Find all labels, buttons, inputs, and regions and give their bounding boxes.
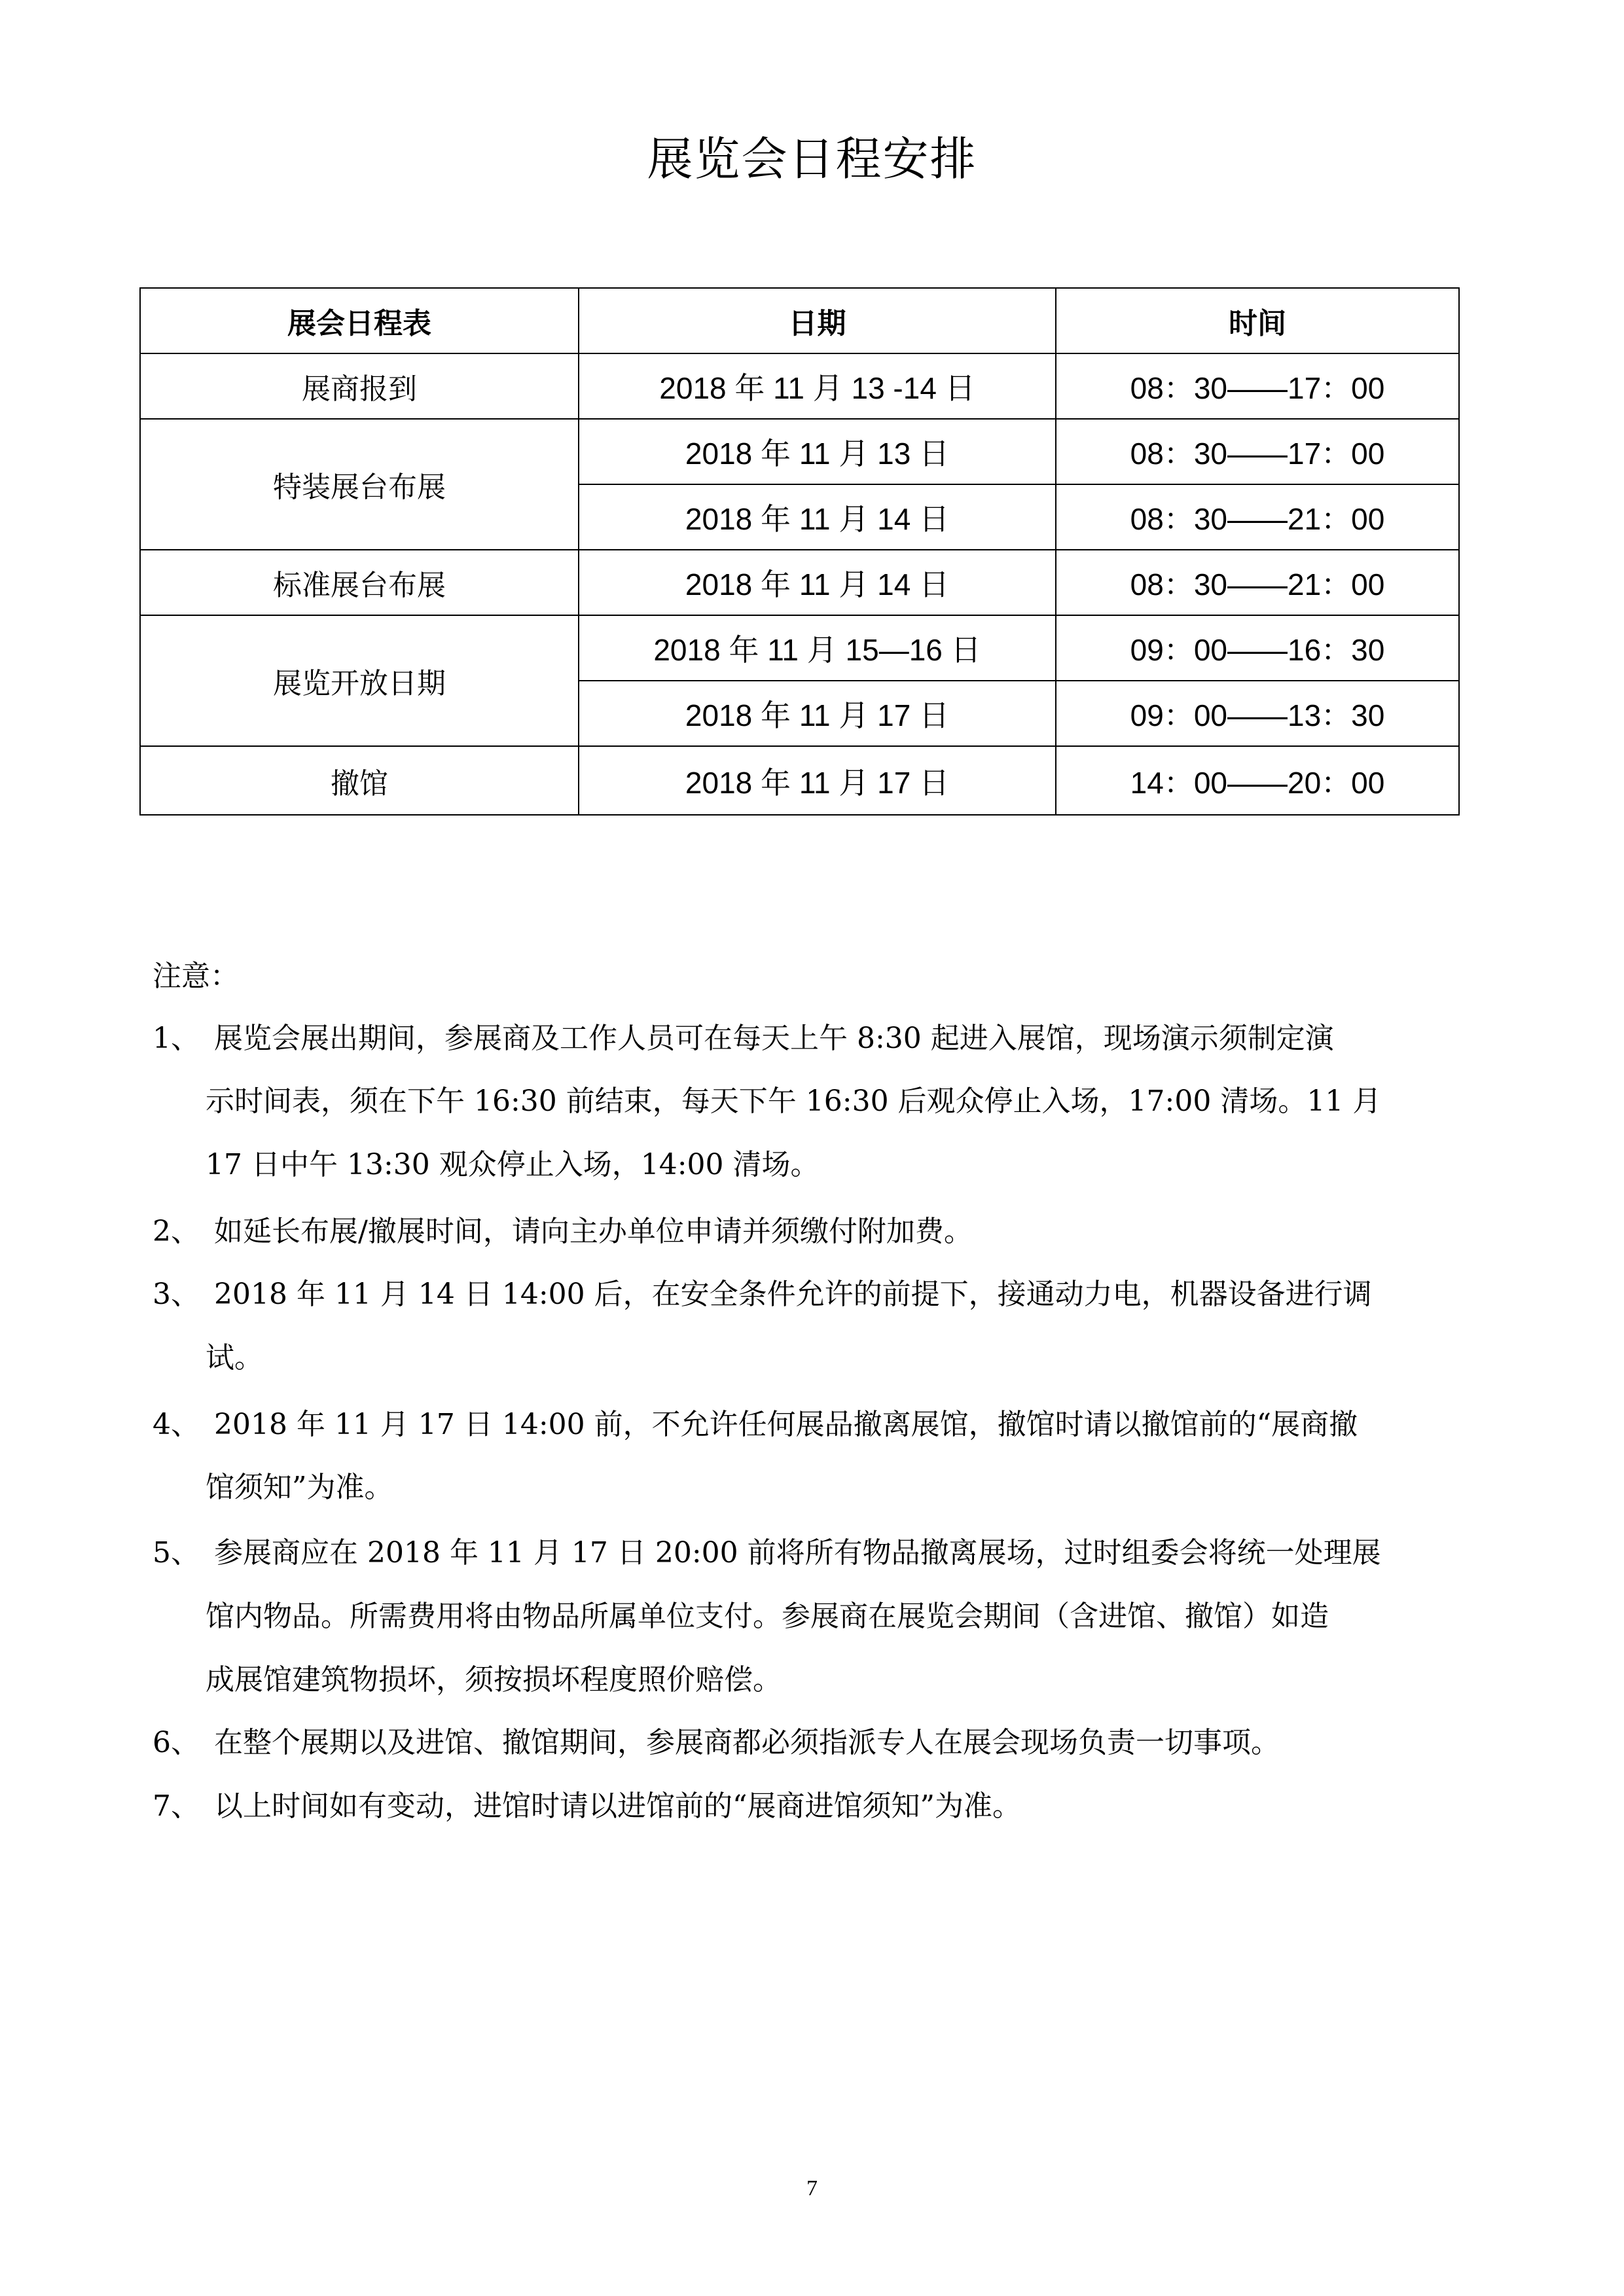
time-cell: 08：30——21：00	[1056, 484, 1459, 550]
event-cell: 展商报到	[140, 353, 579, 419]
date-cell: 2018 年 11 月 17 日	[579, 746, 1056, 815]
note-number: 4、	[153, 1405, 214, 1444]
note-text: 在整个展期以及进馆、撤馆期间，参展商都必须指派专人在展会现场负责一切事项。	[214, 1726, 1280, 1759]
header-date: 日期	[579, 288, 1056, 353]
event-cell: 撤馆	[140, 746, 579, 815]
time-cell: 08：30——17：00	[1056, 419, 1459, 484]
note-text: 以上时间如有变动，进馆时请以进馆前的“展商进馆须知”为准。	[214, 1789, 1021, 1823]
note-number: 2、	[153, 1212, 214, 1251]
note-item-5-cont: 馆内物品。所需费用将由物品所属单位支付。参展商在展览会期间（含进馆、撤馆）如造	[206, 1597, 1329, 1636]
note-text: 2018 年 11 月 14 日 14:00 后，在安全条件允许的前提下，接通动…	[214, 1278, 1372, 1311]
note-item-4-cont: 馆须知”为准。	[206, 1468, 393, 1507]
date-cell: 2018 年 11 月 14 日	[579, 484, 1056, 550]
note-item-5-cont: 成展馆建筑物损坏，须按损坏程度照价赔偿。	[206, 1660, 782, 1700]
header-event: 展会日程表	[140, 288, 579, 353]
note-item-3: 3、2018 年 11 月 14 日 14:00 后，在安全条件允许的前提下，接…	[153, 1275, 1372, 1314]
page-number: 7	[0, 2176, 1624, 2201]
time-cell: 08：30——21：00	[1056, 550, 1459, 615]
header-time: 时间	[1056, 288, 1459, 353]
notes-heading: 注意：	[153, 957, 239, 996]
note-item-1-cont: 示时间表，须在下午 16:30 前结束，每天下午 16:30 后观众停止入场，1…	[206, 1082, 1381, 1121]
date-cell: 2018 年 11 月 13 -14 日	[579, 353, 1056, 419]
note-item-6: 6、在整个展期以及进馆、撤馆期间，参展商都必须指派专人在展会现场负责一切事项。	[153, 1723, 1280, 1763]
note-item-1-cont: 17 日中午 13:30 观众停止入场，14:00 清场。	[206, 1145, 820, 1185]
note-text: 展览会展出期间，参展商及工作人员可在每天上午 8:30 起进入展馆，现场演示须制…	[214, 1022, 1334, 1055]
note-item-1: 1、展览会展出期间，参展商及工作人员可在每天上午 8:30 起进入展馆，现场演示…	[153, 1019, 1334, 1058]
table-row: 展览开放日期 2018 年 11 月 15—16 日 09：00——16：30	[140, 615, 1459, 681]
note-number: 3、	[153, 1275, 214, 1314]
time-cell: 09：00——16：30	[1056, 615, 1459, 681]
time-cell: 14：00——20：00	[1056, 746, 1459, 815]
note-item-7: 7、以上时间如有变动，进馆时请以进馆前的“展商进馆须知”为准。	[153, 1787, 1021, 1826]
event-cell: 标准展台布展	[140, 550, 579, 615]
table-row: 撤馆 2018 年 11 月 17 日 14：00——20：00	[140, 746, 1459, 815]
table-row: 展商报到 2018 年 11 月 13 -14 日 08：30——17：00	[140, 353, 1459, 419]
time-cell: 09：00——13：30	[1056, 681, 1459, 746]
note-text: 如延长布展/撤展时间，请向主办单位申请并须缴付附加费。	[214, 1215, 973, 1248]
event-cell: 特装展台布展	[140, 419, 579, 550]
note-number: 7、	[153, 1787, 214, 1826]
note-number: 5、	[153, 1534, 214, 1573]
table-row: 标准展台布展 2018 年 11 月 14 日 08：30——21：00	[140, 550, 1459, 615]
note-number: 6、	[153, 1723, 214, 1763]
note-item-4: 4、2018 年 11 月 17 日 14:00 前，不允许任何展品撤离展馆，撤…	[153, 1405, 1358, 1444]
table-row: 特装展台布展 2018 年 11 月 13 日 08：30——17：00	[140, 419, 1459, 484]
note-number: 1、	[153, 1019, 214, 1058]
table-header-row: 展会日程表 日期 时间	[140, 288, 1459, 353]
note-item-3-cont: 试。	[206, 1338, 263, 1378]
note-item-2: 2、如延长布展/撤展时间，请向主办单位申请并须缴付附加费。	[153, 1212, 973, 1251]
schedule-table: 展会日程表 日期 时间 展商报到 2018 年 11 月 13 -14 日 08…	[139, 287, 1460, 816]
note-text: 参展商应在 2018 年 11 月 17 日 20:00 前将所有物品撤离展场，…	[214, 1536, 1381, 1570]
date-cell: 2018 年 11 月 17 日	[579, 681, 1056, 746]
date-cell: 2018 年 11 月 13 日	[579, 419, 1056, 484]
note-item-5: 5、参展商应在 2018 年 11 月 17 日 20:00 前将所有物品撤离展…	[153, 1534, 1381, 1573]
page-title: 展览会日程安排	[0, 128, 1624, 190]
event-cell: 展览开放日期	[140, 615, 579, 746]
date-cell: 2018 年 11 月 14 日	[579, 550, 1056, 615]
note-text: 2018 年 11 月 17 日 14:00 前，不允许任何展品撤离展馆，撤馆时…	[214, 1408, 1358, 1441]
time-cell: 08：30——17：00	[1056, 353, 1459, 419]
date-cell: 2018 年 11 月 15—16 日	[579, 615, 1056, 681]
